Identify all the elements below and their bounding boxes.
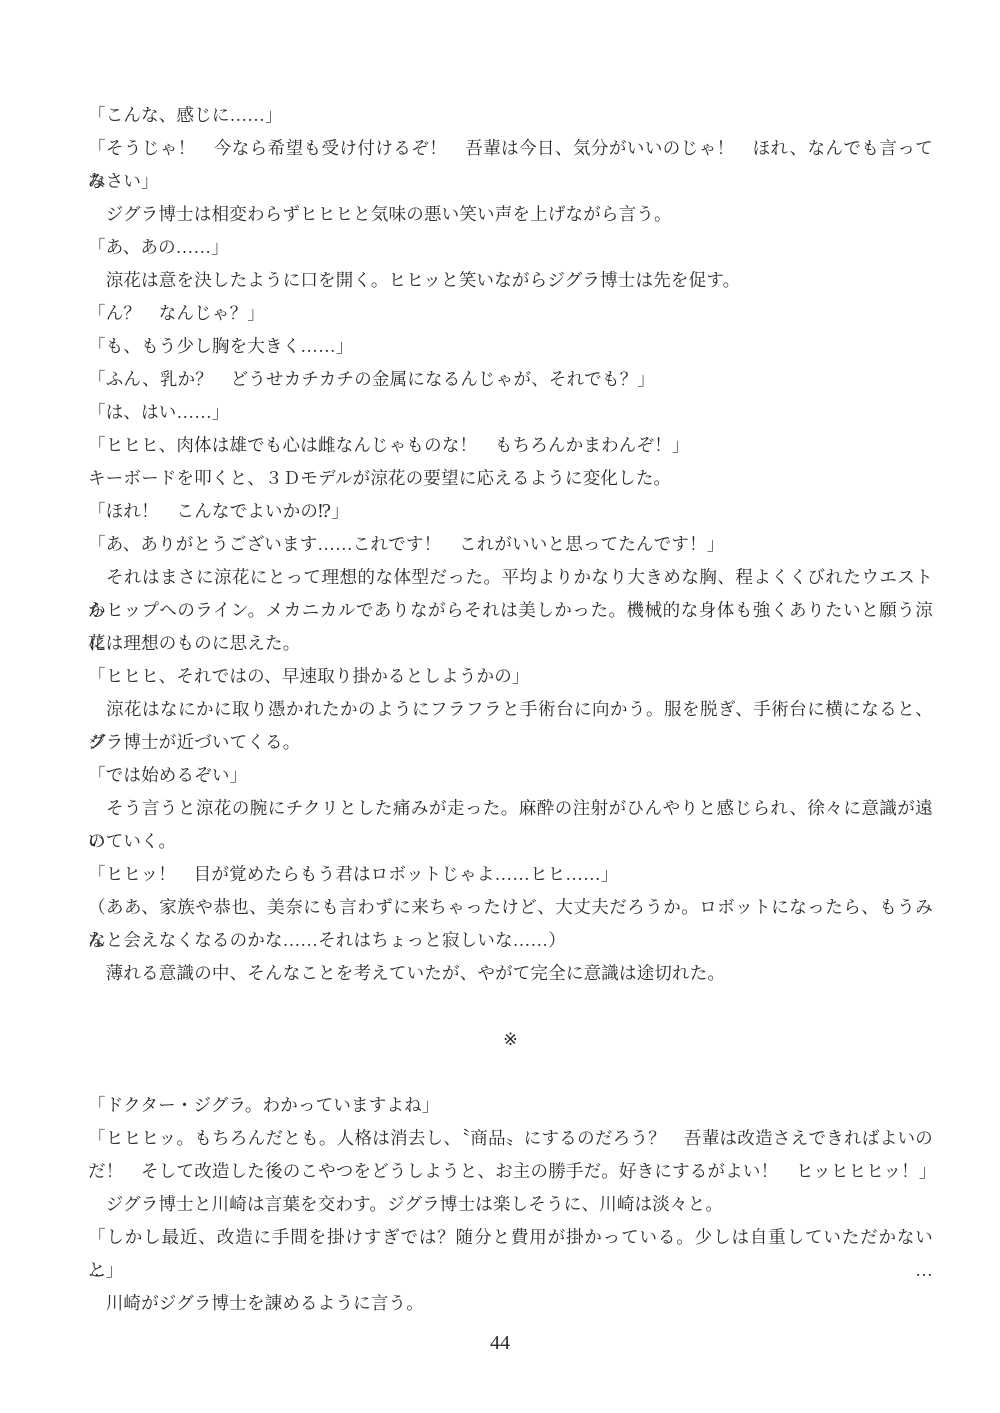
text-line: だ！ そして改造した後のこやつをどうしようと、お主の勝手だ。好きにするがよい！ … [88, 1155, 933, 1188]
text-line: には理想のものに思えた。 [88, 627, 933, 660]
text-line: 「あ、あの……」 [88, 231, 933, 264]
text-line: そう言うと涼花の腕にチクリとした痛みが走った。麻酔の注射がひんやりと感じられ、徐… [88, 792, 933, 825]
text-line: 「ふん、乳か？ どうせカチカチの金属になるんじゃが、それでも？」 [88, 363, 933, 396]
text-line: ジグラ博士と川崎は言葉を交わす。ジグラ博士は楽しそうに、川崎は淡々と。 [88, 1188, 933, 1221]
text-section-1: 「こんな、感じに……」「そうじゃ！ 今なら希望も受け付けるぞ！ 吾輩は今日、気分… [88, 99, 933, 990]
text-line: いていく。 [88, 825, 933, 858]
text-line: らヒップへのライン。メカニカルでありながらそれは美しかった。機械的な身体も強くあ… [88, 594, 933, 627]
body-text: 「こんな、感じに……」「そうじゃ！ 今なら希望も受け付けるぞ！ 吾輩は今日、気分… [88, 99, 933, 1320]
text-section-2: 「ドクター・ジグラ。わかっていますよね」「ヒヒヒッ。もちろんだとも。人格は消去し… [88, 1089, 933, 1320]
text-line: 「ん？ なんじゃ？」 [88, 297, 933, 330]
text-line: 「しかし最近、改造に手間を掛けすぎでは？随分と費用が掛かっている。少しは自重して… [88, 1221, 933, 1254]
text-line: 「あ、ありがとうございます……これです！ これがいいと思ってたんです！」 [88, 528, 933, 561]
text-line: 「ヒヒヒ、それではの、早速取り掛かるとしようかの」 [88, 660, 933, 693]
text-line: 「ヒヒヒ、肉体は雄でも心は雌なんじゃものな！ もちろんかまわんぞ！」 [88, 429, 933, 462]
text-line: 「ドクター・ジグラ。わかっていますよね」 [88, 1089, 933, 1122]
section-separator: ※ [88, 1023, 933, 1056]
text-line: それはまさに涼花にとって理想的な体型だった。平均よりかなり大きめな胸、程よくくび… [88, 561, 933, 594]
text-line: 川崎がジグラ博士を諌めるように言う。 [88, 1287, 933, 1320]
text-line: ジグラ博士は相変わらずヒヒヒと気味の悪い笑い声を上げながら言う。 [88, 198, 933, 231]
text-line: 「そうじゃ！ 今なら希望も受け付けるぞ！ 吾輩は今日、気分がいいのじゃ！ ほれ、… [88, 132, 933, 165]
text-line: 涼花は意を決したように口を開く。ヒヒッと笑いながらジグラ博士は先を促す。 [88, 264, 933, 297]
text-line: 「こんな、感じに……」 [88, 99, 933, 132]
text-line: 「は、はい……」 [88, 396, 933, 429]
text-line: 「も、もう少し胸を大きく……」 [88, 330, 933, 363]
document-page: 「こんな、感じに……」「そうじゃ！ 今なら希望も受け付けるぞ！ 吾輩は今日、気分… [0, 0, 1000, 1413]
text-line: キーボードを叩くと、３Ｄモデルが涼花の要望に応えるように変化した。 [88, 462, 933, 495]
text-line: 「では始めるぞい」 [88, 759, 933, 792]
text-line: 涼花はなにかに取り憑かれたかのようにフラフラと手術台に向かう。服を脱ぎ、手術台に… [88, 693, 933, 726]
page-number: 44 [0, 1327, 1000, 1360]
text-line: グラ博士が近づいてくる。 [88, 726, 933, 759]
text-line: なさい」 [88, 165, 933, 198]
text-line: 「ヒヒッ！ 目が覚めたらもう君はロボットじゃよ……ヒヒ……」 [88, 858, 933, 891]
text-line: （ああ、家族や恭也、美奈にも言わずに来ちゃったけど、大丈夫だろうか。ロボットにな… [88, 891, 933, 924]
text-line: 「ほれ！ こんなでよいかの⁉」 [88, 495, 933, 528]
text-line: 薄れる意識の中、そんなことを考えていたが、やがて完全に意識は途切れた。 [88, 957, 933, 990]
text-line: なと会えなくなるのかな……それはちょっと寂しいな……） [88, 924, 933, 957]
text-line: 「ヒヒヒッ。もちろんだとも。人格は消去し、〝商品〟にするのだろう？ 吾輩は改造さ… [88, 1122, 933, 1155]
